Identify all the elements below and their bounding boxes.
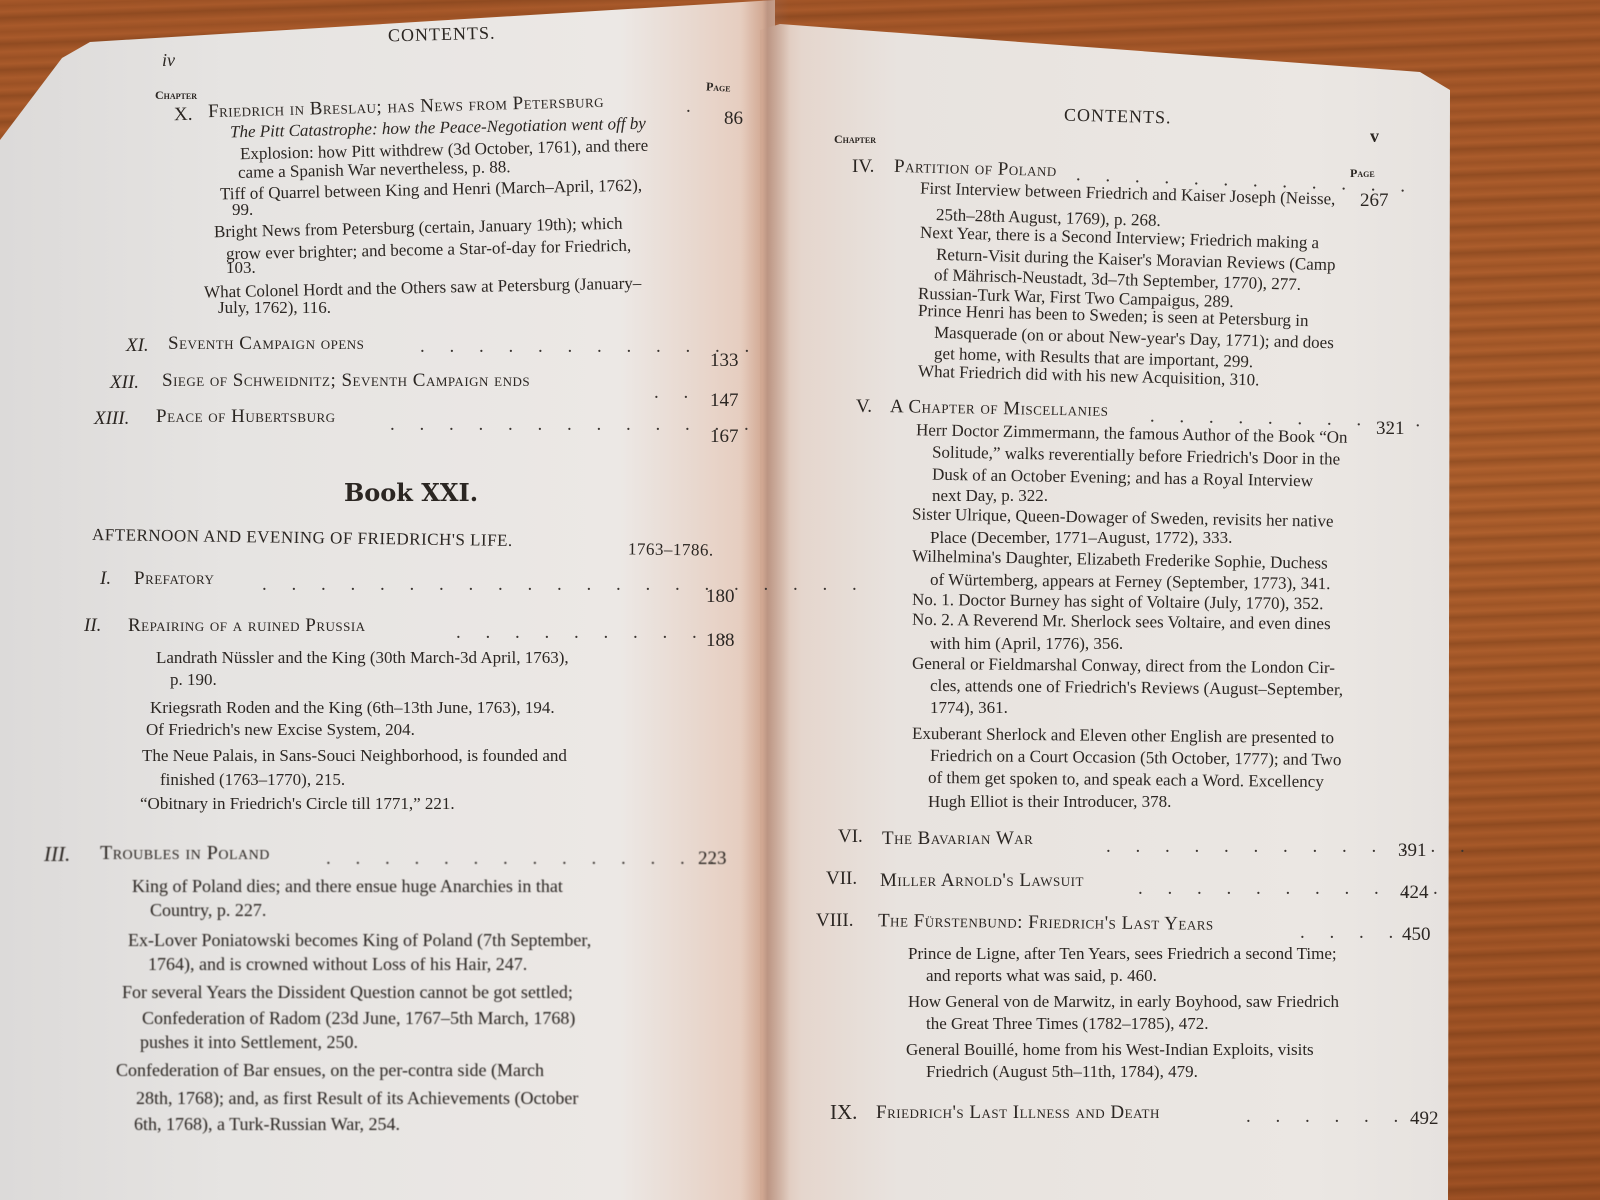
subentry-line: Place (December, 1771–August, 1772), 333… — [930, 528, 1232, 548]
chapter-numeral: IX. — [830, 1100, 857, 1125]
subentry-line: King of Poland dies; and there ensue hug… — [132, 876, 563, 897]
subentry-line: Hugh Elliot is their Introducer, 378. — [928, 792, 1171, 812]
subentry-line: General Bouillé, home from his West-Indi… — [906, 1040, 1314, 1060]
subentry-line: Landrath Nüssler and the King (30th Marc… — [156, 648, 569, 668]
chapter-page: 133 — [710, 350, 739, 372]
subentry-line: pushes it into Settlement, 250. — [140, 1032, 358, 1053]
running-head-right: CONTENTS. — [1064, 105, 1172, 129]
chapter-numeral: IV. — [852, 156, 874, 178]
book-heading: Book XXI. — [344, 478, 478, 507]
chapter-page: 188 — [706, 630, 735, 652]
book-years: 1763–1786. — [628, 539, 714, 560]
subentry-line: The Neue Palais, in Sans-Souci Neighborh… — [142, 746, 567, 766]
chapter-title: Seventh Campaign opens — [168, 333, 364, 355]
subentry-line: Ex-Lover Poniatowski becomes King of Pol… — [128, 930, 591, 951]
subentry-line: with him (April, 1776), 356. — [930, 634, 1123, 654]
chapter-title: The Fürstenbund: Friedrich's Last Years — [878, 910, 1214, 936]
running-head-left: CONTENTS. — [388, 23, 496, 47]
folio-left: iv — [162, 50, 175, 71]
chapter-page: 180 — [706, 586, 735, 608]
leader-dots: . . . . . . . . . . . . . . — [326, 848, 724, 870]
subentry-line: 6th, 1768), a Turk-Russian War, 254. — [134, 1114, 400, 1135]
subentry-line: p. 190. — [170, 670, 217, 690]
subentry-line: Friedrich (August 5th–11th, 1784), 479. — [926, 1062, 1198, 1082]
subentry-line: finished (1763–1770), 215. — [160, 770, 345, 790]
book-gutter — [740, 0, 790, 1200]
chapter-numeral: I. — [100, 568, 111, 590]
chapter-numeral: V. — [856, 396, 872, 418]
leader-dots: . . — [654, 382, 698, 404]
chapter-label-right: Chapter — [834, 132, 876, 147]
leader-dots: . . . . — [1300, 922, 1403, 944]
subentry-line: 103. — [226, 258, 256, 278]
leader-dots: . . . . . . . . . . . . — [420, 336, 759, 358]
subentry-line: and reports what was said, p. 460. — [926, 966, 1157, 986]
leader-dots: . — [686, 96, 701, 118]
subentry-line: July, 1762), 116. — [218, 298, 331, 318]
chapter-page: 492 — [1410, 1108, 1439, 1130]
subentry-line: 28th, 1768); and, as first Result of its… — [136, 1088, 578, 1109]
chapter-title: Repairing of a ruined Prussia — [128, 615, 366, 637]
chapter-numeral: VII. — [826, 868, 857, 890]
chapter-page: 391 — [1398, 840, 1427, 862]
subentry-line: 1774), 361. — [930, 698, 1008, 718]
chapter-numeral: XII. — [110, 372, 139, 394]
chapter-page: 147 — [710, 390, 739, 412]
chapter-page: 424 — [1400, 882, 1429, 904]
chapter-title: Troubles in Poland — [100, 842, 270, 865]
subentry-line: Prince de Ligne, after Ten Years, sees F… — [908, 944, 1337, 964]
chapter-numeral: VI. — [838, 826, 863, 848]
chapter-page: 267 — [1360, 190, 1389, 212]
chapter-numeral: VIII. — [816, 910, 853, 932]
chapter-numeral: II. — [84, 615, 101, 637]
chapter-numeral: XI. — [126, 335, 149, 357]
chapter-numeral: XIII. — [94, 408, 129, 430]
leader-dots: . . . . . . — [1246, 1106, 1408, 1128]
chapter-page: 321 — [1376, 418, 1405, 440]
subentry-line: Confederation of Radom (23d June, 1767–5… — [142, 1008, 575, 1029]
subentry-line: 99. — [232, 200, 253, 220]
chapter-title: Siege of Schweidnitz; Seventh Campaign e… — [162, 370, 530, 392]
subentry-line: For several Years the Dissident Question… — [122, 982, 573, 1003]
chapter-page: 450 — [1402, 924, 1431, 946]
chapter-title: Partition of Poland — [894, 156, 1057, 182]
subentry-line: Of Friedrich's new Excise System, 204. — [146, 720, 415, 740]
subentry-line: How General von de Marwitz, in early Boy… — [908, 992, 1339, 1012]
subentry-line: next Day, p. 322. — [932, 486, 1048, 506]
leader-dots: . . . . . . . . . . . . . — [390, 414, 759, 436]
chapter-title: Prefatory — [134, 568, 214, 590]
chapter-title: Miller Arnold's Lawsuit — [880, 870, 1084, 892]
chapter-numeral: III. — [44, 842, 70, 867]
chapter-title: Peace of Hubertsburg — [156, 406, 336, 428]
chapter-title: Friedrich's Last Illness and Death — [876, 1102, 1160, 1124]
subentry-line: Country, p. 227. — [150, 900, 266, 921]
page-label-left: Page — [706, 79, 731, 95]
subentry-line: “Obitnary in Friedrich's Circle till 177… — [140, 794, 455, 814]
subentry-line: Friedrich on a Court Occasion (5th Octob… — [930, 746, 1342, 770]
chapter-page: 167 — [710, 426, 739, 448]
subentry-line: the Great Three Times (1782–1785), 472. — [926, 1014, 1209, 1034]
chapter-page: 86 — [724, 108, 743, 130]
chapter-title: The Bavarian War — [882, 828, 1033, 850]
subentry-line: of them get spoken to, and speak each a … — [928, 768, 1324, 792]
subentry-line: 1764), and is crowned without Loss of hi… — [148, 954, 527, 975]
subentry-line: Kriegsrath Roden and the King (6th–13th … — [150, 698, 555, 718]
chapter-page: 223 — [698, 848, 727, 870]
chapter-label-left: Chapter — [155, 88, 197, 103]
subentry-line: Confederation of Bar ensues, on the per-… — [116, 1060, 544, 1081]
folio-right: v — [1370, 126, 1379, 147]
leader-dots: . . . . . . . . . . . . . . . . . . . . … — [262, 574, 867, 596]
chapter-title: A Chapter of Miscellanies — [890, 396, 1109, 422]
chapter-numeral: X. — [174, 104, 193, 126]
leader-dots: . . . . . . . . . . — [456, 622, 736, 644]
